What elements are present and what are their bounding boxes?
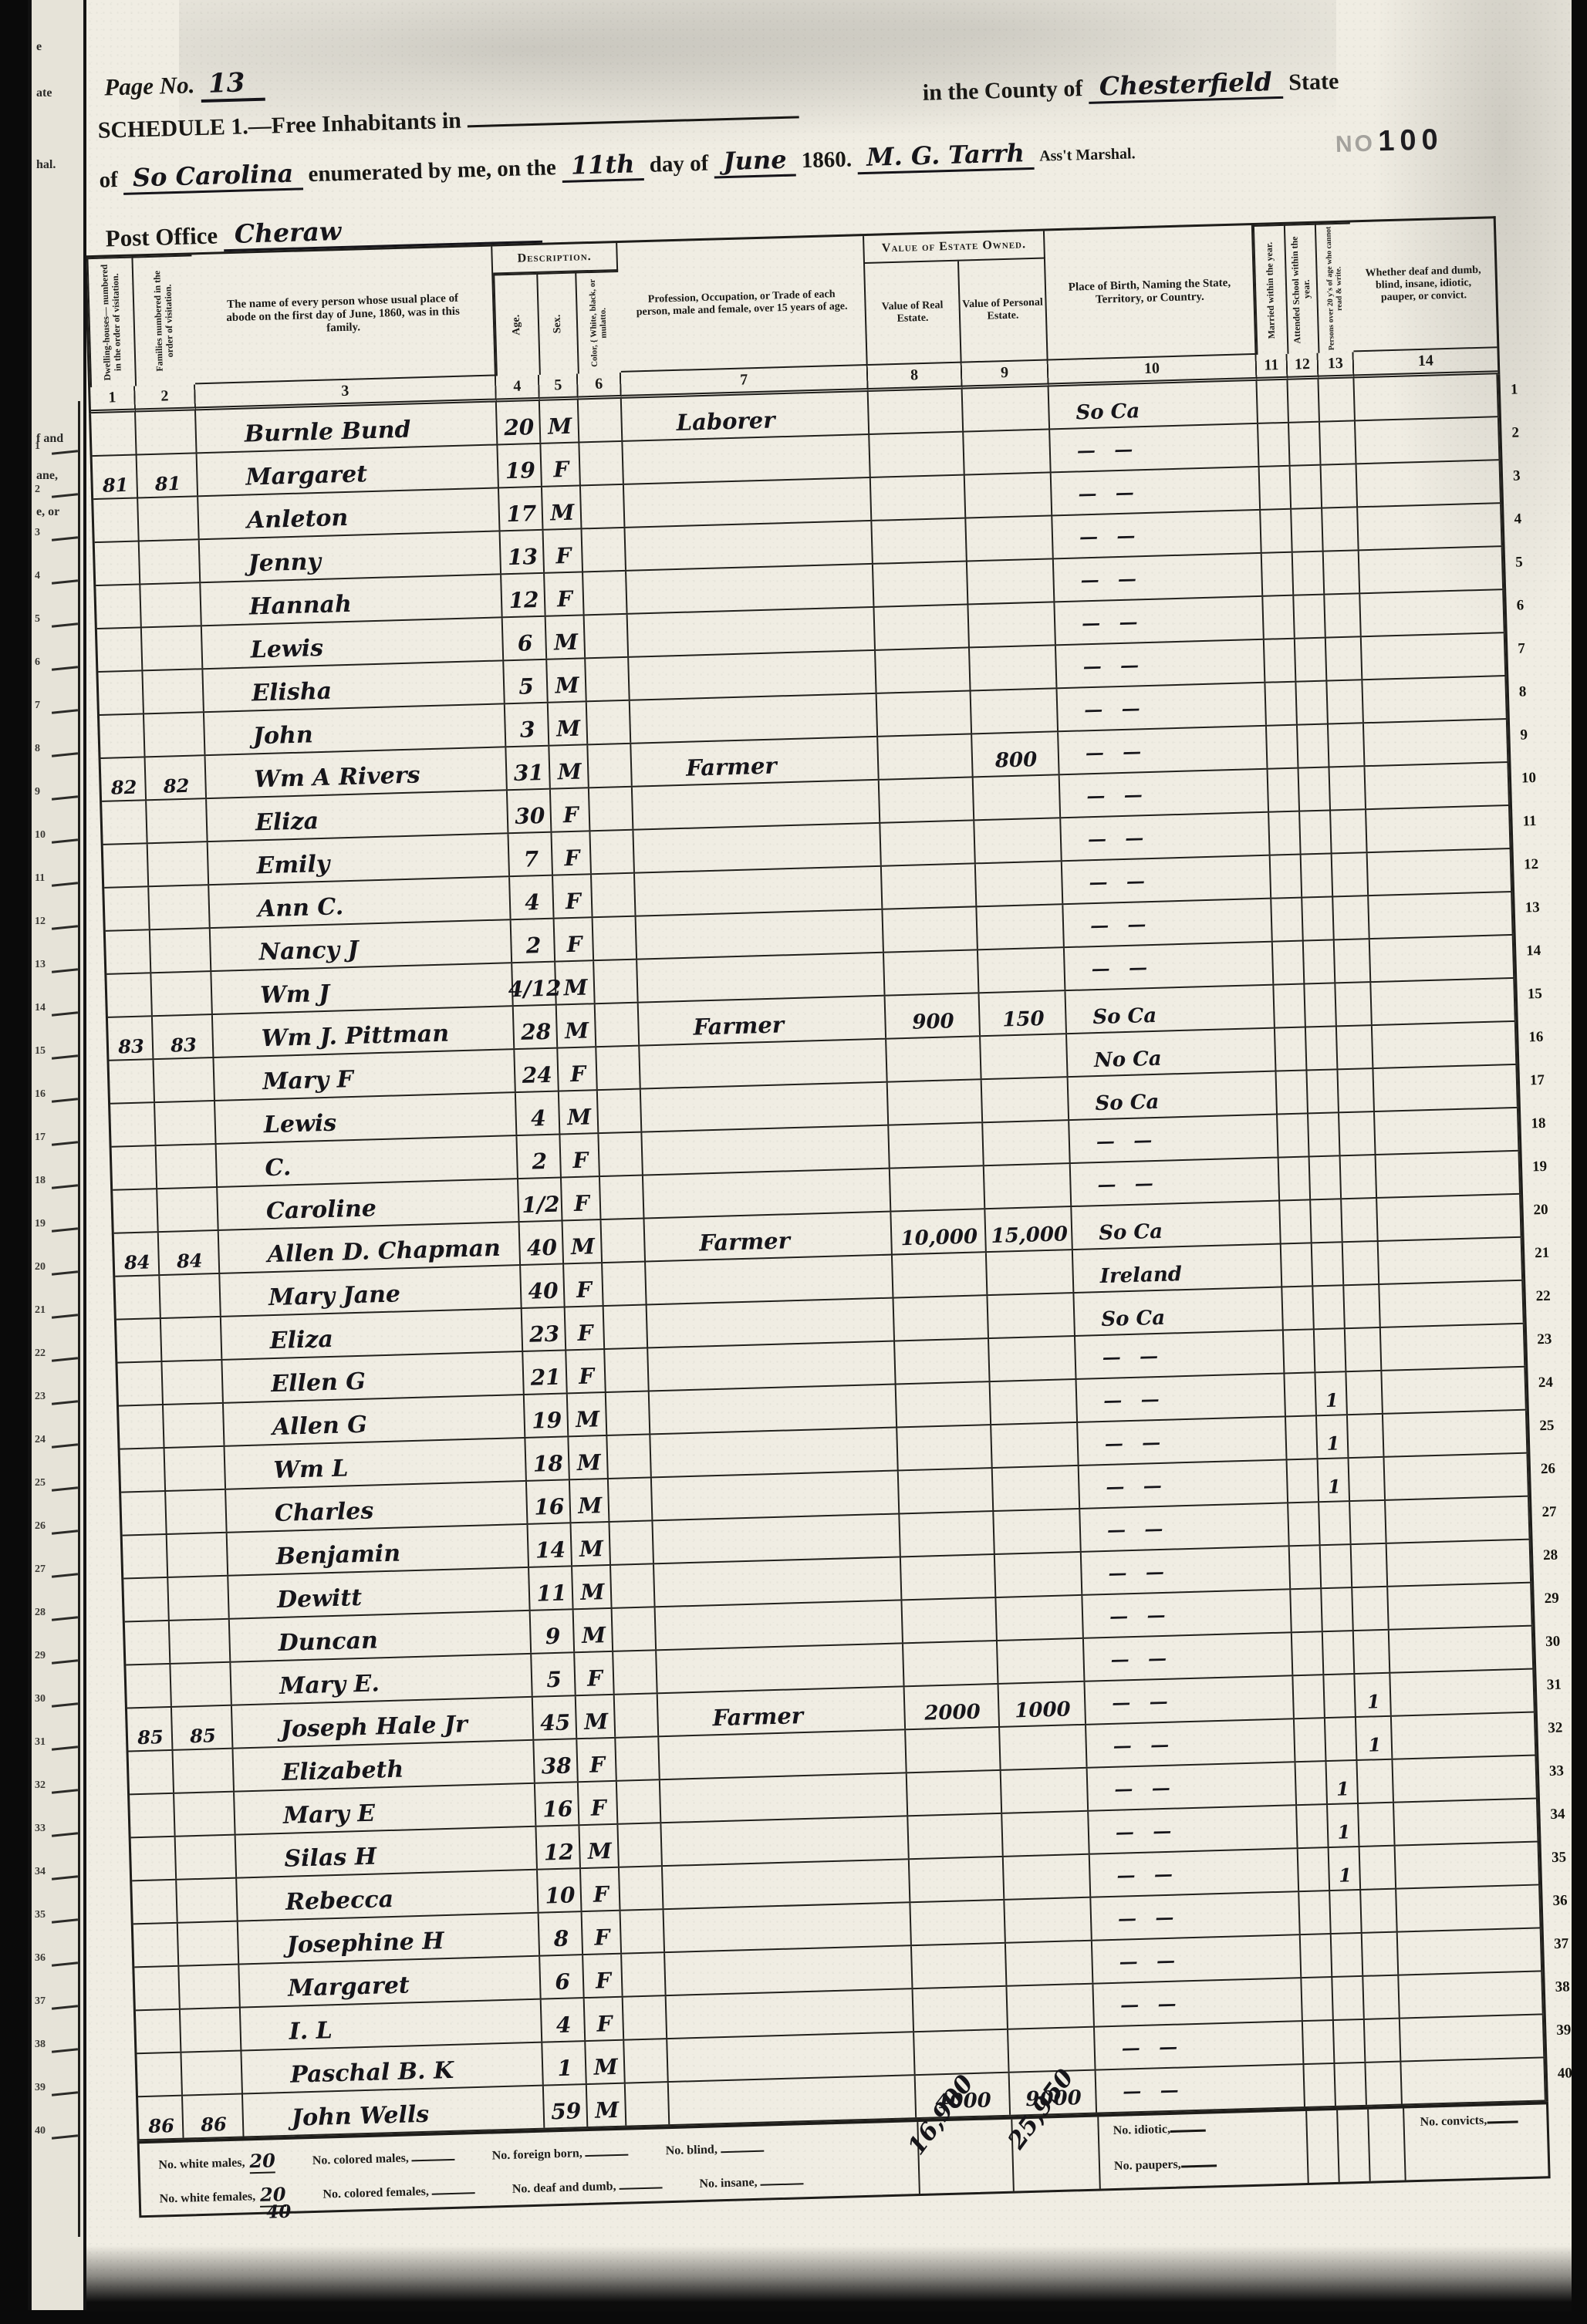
cell-sex: F: [560, 1134, 599, 1176]
row-number: 29: [1544, 1590, 1559, 1608]
cell-color: [600, 1176, 644, 1219]
previous-page-row-line: [52, 1573, 78, 1578]
previous-page-row-number: 6: [35, 656, 40, 669]
cell-dwelling: [110, 1060, 155, 1103]
cell-married: [1281, 1243, 1313, 1286]
previous-page-row-number: 40: [35, 2125, 46, 2137]
cell-name: John: [204, 704, 506, 754]
cell-family: 84: [159, 1231, 220, 1274]
cell-married: [1285, 1373, 1316, 1415]
cell-personal: [988, 1294, 1075, 1337]
cell-family: 85: [172, 1706, 233, 1749]
cell-dwelling: [116, 1319, 162, 1362]
previous-page-row-number: 14: [35, 1002, 46, 1014]
cell-personal: [987, 1250, 1074, 1294]
col-number: 8: [868, 363, 963, 392]
cell-cannot_read: [1346, 1328, 1382, 1371]
cell-cannot_read: 1: [1356, 1717, 1393, 1759]
cell-attended_school: [1288, 379, 1319, 422]
row-number: 24: [1538, 1374, 1554, 1392]
previous-page-row-number: 38: [35, 2039, 46, 2051]
cell-occupation: [659, 1730, 907, 1779]
cell-occupation: [663, 1860, 910, 1908]
cell-cannot_read: [1326, 637, 1362, 680]
cell-family: [149, 885, 210, 929]
cell-name: Eliza: [207, 791, 508, 841]
cell-family: [157, 1188, 218, 1231]
row-number: 18: [1531, 1115, 1546, 1133]
cell-sex: M: [547, 659, 586, 701]
cell-remarks: [1357, 460, 1501, 506]
previous-page-row-line: [52, 1270, 78, 1276]
cell-color: [585, 615, 629, 658]
cell-personal: 1000: [999, 1682, 1086, 1726]
cell-color: [579, 399, 623, 442]
cell-age: 17: [499, 487, 543, 531]
row-number: 26: [1541, 1461, 1556, 1479]
cell-family: [164, 1404, 225, 1447]
marshal-signature: M. G. Tarrh: [857, 138, 1035, 174]
cell-age: 38: [534, 1739, 578, 1783]
cell-age: 5: [504, 660, 548, 703]
stamp-number: 100: [1378, 123, 1444, 157]
cell-married: [1260, 467, 1292, 509]
cell-attended_school: [1321, 1545, 1352, 1587]
previous-page-row-number: 24: [35, 1434, 46, 1446]
cell-sex: F: [575, 1652, 614, 1695]
cell-occupation: [633, 824, 881, 872]
cell-occupation: [664, 1903, 912, 1951]
cell-birthplace: — —: [1058, 683, 1267, 731]
cell-personal: [998, 1639, 1085, 1683]
cell-attended_school: [1307, 1070, 1339, 1112]
cell-real: [886, 1037, 981, 1081]
cell-personal: [1001, 1769, 1089, 1813]
cell-real: [913, 1987, 1008, 2031]
cell-name: Ellen G: [222, 1352, 524, 1402]
cell-color: [623, 1996, 667, 2039]
cell-birthplace: — —: [1082, 1590, 1292, 1638]
cell-family: [154, 1058, 214, 1101]
col-number: 6: [578, 373, 622, 400]
cell-dwelling: [106, 930, 151, 973]
row-number: 7: [1518, 640, 1525, 657]
footer-count-total: 40: [266, 2201, 292, 2223]
cell-cannot_read: [1341, 1155, 1377, 1198]
cell-personal: [1006, 1941, 1093, 1985]
previous-page-fragment: e, or: [36, 505, 59, 519]
col-header-family: Families numbered in the order of visita…: [131, 255, 195, 386]
cell-dwelling: 81: [93, 455, 138, 498]
previous-page-row-number: 36: [35, 1952, 46, 1965]
cell-birthplace: — —: [1060, 770, 1269, 818]
year-value: 1860.: [801, 147, 852, 173]
cell-remarks: [1388, 1584, 1532, 1629]
cell-color: [589, 788, 633, 831]
cell-occupation: [636, 910, 884, 959]
cell-remarks: [1382, 1368, 1526, 1413]
cell-name: Anleton: [198, 488, 500, 538]
cell-sex: M: [570, 1479, 609, 1522]
cell-age: 13: [501, 531, 545, 574]
previous-page-row-line: [52, 1659, 78, 1665]
cell-age: 21: [523, 1351, 567, 1394]
cell-attended_school: [1324, 1675, 1356, 1717]
cell-color: [581, 485, 625, 528]
cell-real: [908, 1814, 1003, 1858]
col-number: 11: [1257, 354, 1288, 381]
cell-personal: [1007, 1985, 1094, 2029]
cell-personal: [967, 559, 1055, 603]
cell-married: [1288, 1459, 1319, 1502]
cell-sex: F: [581, 1868, 620, 1911]
previous-page-row-line: [52, 925, 78, 930]
cell-personal: [1008, 2028, 1096, 2072]
cell-cannot_read: [1324, 551, 1360, 593]
cell-remarks: [1364, 720, 1508, 765]
cell-color: [588, 744, 632, 788]
cell-name: Eliza: [221, 1309, 523, 1359]
blank-line: [619, 2181, 662, 2190]
cell-dwelling: [95, 541, 140, 585]
cell-sex: M: [568, 1393, 607, 1435]
cell-dwelling: [134, 1967, 180, 2010]
row-number: 38: [1555, 1978, 1570, 1996]
row-number: 9: [1520, 727, 1528, 744]
previous-page-row-line: [52, 752, 78, 757]
state-line: of So Carolina enumerated by me, on the …: [99, 135, 1136, 193]
census-scan-page: eatehal.f andane,e, or 12345678910111213…: [0, 0, 1587, 2324]
col-header-sex: Sex.: [536, 272, 578, 375]
cell-cannot_read: [1322, 508, 1359, 550]
cell-dwelling: [112, 1146, 157, 1189]
cell-remarks: [1399, 1972, 1543, 2017]
cell-married: [1302, 1978, 1333, 2020]
table-body: Burnle Bund20MLaborerSo Ca18181Margaret1…: [89, 374, 1548, 2140]
cell-married: [1304, 2064, 1335, 2106]
col-header-real-estate: Value of Real Estate.: [865, 261, 962, 366]
cell-married: [1301, 1934, 1332, 1977]
cell-personal: [1000, 1725, 1087, 1769]
census-sheet: Page No. 13 SCHEDULE 1.—Free Inhabitants…: [86, 0, 1572, 2312]
previous-page-row-number: 33: [35, 1823, 46, 1835]
cell-married: [1271, 855, 1302, 898]
cell-married: [1292, 1632, 1324, 1675]
cell-occupation: [653, 1514, 900, 1563]
cell-birthplace: Ireland: [1073, 1244, 1282, 1292]
cell-real: [910, 1857, 1005, 1901]
cell-cannot_read: [1361, 1890, 1397, 1932]
cell-remarks: [1389, 1627, 1534, 1672]
footer-count-item: No. foreign born,: [492, 2146, 629, 2164]
cell-family: [181, 2009, 241, 2052]
cell-married: [1271, 899, 1303, 941]
cell-remarks: [1354, 374, 1498, 420]
cell-age: 7: [508, 833, 552, 876]
cell-occupation: [667, 1989, 914, 2038]
cell-family: [178, 1922, 239, 1965]
blank-line: [412, 2153, 455, 2162]
cell-married: [1293, 1675, 1325, 1718]
cell-name: Ann C.: [209, 877, 511, 927]
cell-dwelling: [110, 1103, 156, 1146]
footer-paupers: No. paupers,: [1114, 2157, 1217, 2174]
row-number: 3: [1513, 467, 1521, 484]
of-label: of: [99, 167, 118, 193]
cell-name: I. L: [241, 2000, 542, 2050]
row-number: 28: [1543, 1547, 1558, 1565]
previous-page-row-number: 17: [35, 1132, 46, 1144]
cell-occupation: Farmer: [631, 737, 879, 786]
cell-occupation: [652, 1471, 900, 1520]
cell-birthplace: So Ca: [1065, 986, 1275, 1034]
cell-age: 12: [536, 1826, 580, 1869]
cell-color: [586, 658, 630, 701]
cell-cannot_read: [1335, 983, 1372, 1025]
cell-personal: 15,000: [985, 1207, 1072, 1251]
previous-page-row-number: 23: [35, 1391, 46, 1403]
cell-personal: [970, 646, 1057, 690]
cell-name: Allen G: [224, 1395, 525, 1445]
cell-married: [1274, 984, 1305, 1027]
cell-remarks: [1360, 590, 1504, 636]
col-header-cannot-read: Persons over 20 y's of age who cannot re…: [1315, 222, 1354, 352]
cell-personal: [996, 1596, 1083, 1640]
cell-age: 11: [529, 1567, 573, 1610]
cell-age: 18: [525, 1437, 569, 1480]
cell-occupation: [656, 1600, 903, 1649]
cell-remarks: [1377, 1195, 1521, 1240]
cell-family: [138, 497, 199, 540]
cell-birthplace: — —: [1065, 943, 1274, 990]
cell-remarks: [1373, 1022, 1517, 1068]
cell-remarks: [1396, 1885, 1541, 1931]
cell-name: Lewis: [202, 618, 504, 668]
cell-dwelling: [97, 628, 143, 671]
cell-family: [174, 1793, 235, 1836]
previous-page-row-number: 19: [35, 1218, 46, 1230]
cell-occupation: [640, 1040, 887, 1088]
col-header-birthplace: Place of Birth, Naming the State, Territ…: [1045, 225, 1257, 360]
cell-real: [883, 907, 978, 951]
cell-married: [1290, 1546, 1322, 1588]
row-number: 40: [1558, 2065, 1572, 2083]
cell-age: 45: [533, 1696, 577, 1739]
previous-page-row-line: [52, 536, 78, 541]
cell-age: 30: [508, 790, 552, 833]
cell-birthplace: — —: [1075, 1331, 1285, 1378]
footer-count-label: No. blind,: [665, 2143, 718, 2157]
col-header-occupation: Profession, Occupation, or Trade of each…: [617, 236, 868, 373]
cell-name: Paschal B. K: [241, 2043, 543, 2093]
cell-remarks: [1387, 1540, 1531, 1586]
cell-cannot_read: [1329, 724, 1365, 766]
cell-sex: F: [564, 1263, 603, 1306]
cell-occupation: Farmer: [645, 1213, 893, 1261]
previous-page-row-number: 11: [35, 872, 45, 885]
county-line: in the County of Chesterfield State: [922, 65, 1339, 106]
row-number: 5: [1515, 554, 1523, 571]
cell-married: [1269, 812, 1301, 855]
cell-dwelling: [133, 1924, 179, 1967]
row-number: 8: [1519, 683, 1527, 700]
cell-color: [615, 1694, 659, 1737]
cell-color: [583, 572, 627, 615]
cell-attended_school: [1325, 1718, 1357, 1760]
cell-occupation: [665, 1946, 913, 1995]
cell-age: 1/2: [518, 1178, 562, 1221]
previous-page-row-number: 13: [35, 959, 46, 971]
cell-birthplace: — —: [1062, 856, 1271, 904]
cell-name: Rebecca: [237, 1870, 539, 1921]
cell-cannot_read: [1322, 464, 1358, 507]
previous-page-row-number: 28: [35, 1607, 46, 1619]
cell-attended_school: [1295, 639, 1327, 681]
cell-family: [176, 1836, 237, 1879]
blank-line: [586, 2148, 629, 2157]
cell-sex: M: [563, 1220, 603, 1263]
cell-cannot_read: [1354, 1631, 1390, 1673]
col-header-school: Attended School within the year.: [1284, 224, 1319, 354]
cell-color: [616, 1737, 660, 1780]
cell-personal: [982, 1078, 1069, 1122]
cell-attended_school: [1335, 2063, 1366, 2106]
previous-page-row-line: [52, 622, 78, 628]
col-number: 12: [1288, 353, 1319, 380]
cell-age: 9: [531, 1610, 575, 1653]
cell-sex: F: [552, 831, 591, 874]
cell-color: [582, 528, 626, 572]
cell-cannot_read: [1319, 378, 1355, 420]
cell-occupation: [667, 2032, 915, 2081]
cell-age: 59: [544, 2085, 588, 2128]
previous-page-row-number: 26: [35, 1520, 46, 1533]
cell-sex: F: [545, 572, 584, 615]
cell-personal: [989, 1337, 1076, 1381]
row-number: 11: [1522, 813, 1537, 830]
cell-occupation: [623, 435, 870, 484]
previous-page-row-number: 39: [35, 2082, 46, 2094]
footer-count-label: No. deaf and dumb,: [512, 2180, 616, 2196]
previous-page-row-line: [52, 1314, 78, 1319]
cell-remarks: [1386, 1497, 1530, 1543]
cell-real: 2000: [905, 1685, 1000, 1729]
previous-page-table-border: [78, 401, 80, 2237]
cell-sex: F: [553, 875, 593, 917]
cell-cannot_read: [1325, 594, 1361, 636]
previous-page-row-line: [52, 882, 78, 887]
cell-birthplace: So Ca: [1049, 381, 1258, 429]
previous-page-row-line: [52, 1227, 78, 1233]
cell-color: [617, 1780, 661, 1823]
previous-page-fragment: e: [36, 40, 42, 54]
cell-sex: F: [566, 1350, 606, 1392]
blank-line: [721, 2144, 764, 2154]
cell-occupation: [650, 1385, 897, 1433]
cell-married: [1278, 1114, 1309, 1156]
cell-married: [1286, 1416, 1318, 1459]
row-number: 19: [1532, 1159, 1548, 1176]
cell-real: [889, 1123, 984, 1167]
cell-married: [1267, 726, 1298, 768]
scan-bottom-shadow: [86, 2245, 1572, 2312]
cell-remarks: [1373, 1065, 1518, 1111]
cell-birthplace: No Ca: [1067, 1029, 1276, 1077]
cell-color: [613, 1651, 657, 1694]
cell-married: [1298, 1848, 1330, 1891]
cell-sex: F: [551, 788, 590, 831]
previous-page-row-line: [52, 1961, 78, 1967]
cell-cannot_read: [1365, 2019, 1401, 2062]
cell-dwelling: [123, 1535, 168, 1578]
cell-real: [888, 1080, 983, 1124]
col-number: 14: [1353, 348, 1498, 378]
cell-real: [895, 1339, 990, 1383]
cell-family: [177, 1879, 238, 1922]
cell-real: [880, 821, 975, 865]
cell-family: [150, 929, 211, 972]
col-number: 13: [1318, 352, 1354, 379]
cell-remarks: [1379, 1238, 1523, 1283]
cell-name: Lewis: [215, 1093, 517, 1143]
cell-dwelling: [93, 498, 139, 541]
cell-real: [877, 691, 972, 735]
cell-remarks: [1356, 417, 1500, 463]
cell-age: 4: [516, 1092, 560, 1135]
cell-real: [871, 476, 966, 520]
cell-family: [170, 1620, 231, 1663]
previous-page-row-number: 29: [35, 1650, 46, 1662]
state-value: So Carolina: [123, 158, 302, 194]
footer-paupers-label: No. paupers,: [1114, 2158, 1181, 2173]
cell-dwelling: [119, 1405, 164, 1449]
col-header-name: The name of every person whose usual pla…: [191, 247, 496, 385]
cell-occupation: [637, 953, 885, 1002]
cell-name: Margaret: [239, 1957, 541, 2007]
schedule-title: SCHEDULE 1.—Free Inhabitants in: [97, 98, 799, 143]
cell-birthplace: — —: [1079, 1460, 1288, 1508]
cell-family: [151, 972, 212, 1015]
cell-dwelling: [96, 585, 141, 628]
cell-family: [148, 842, 209, 885]
cell-attended_school: [1319, 1502, 1351, 1544]
cell-family: [157, 1145, 218, 1188]
cell-personal: [977, 905, 1064, 949]
cell-occupation: [628, 608, 876, 656]
cell-family: [162, 1361, 223, 1404]
cell-married: [1263, 596, 1295, 639]
cell-birthplace: — —: [1085, 1676, 1294, 1724]
footer-count-item: No. colored males,: [312, 2150, 455, 2168]
cell-age: 2: [512, 919, 555, 963]
cell-attended_school: [1302, 897, 1334, 939]
cell-birthplace: — —: [1063, 899, 1272, 947]
cell-family: [140, 583, 201, 626]
cell-family: [142, 626, 203, 670]
row-number: 16: [1528, 1029, 1544, 1047]
row-number: 30: [1545, 1634, 1561, 1651]
cell-birthplace: — —: [1093, 1978, 1302, 2026]
cell-personal: [963, 386, 1050, 430]
cell-remarks: [1392, 1713, 1536, 1759]
cell-name: Elizabeth: [233, 1741, 535, 1791]
cell-name: Hannah: [201, 575, 502, 625]
previous-page-row-line: [52, 838, 78, 844]
cell-personal: [974, 775, 1061, 819]
cell-color: [624, 2039, 668, 2083]
previous-page-row-number: 21: [35, 1304, 46, 1317]
previous-page-fragment: ane,: [36, 469, 58, 483]
